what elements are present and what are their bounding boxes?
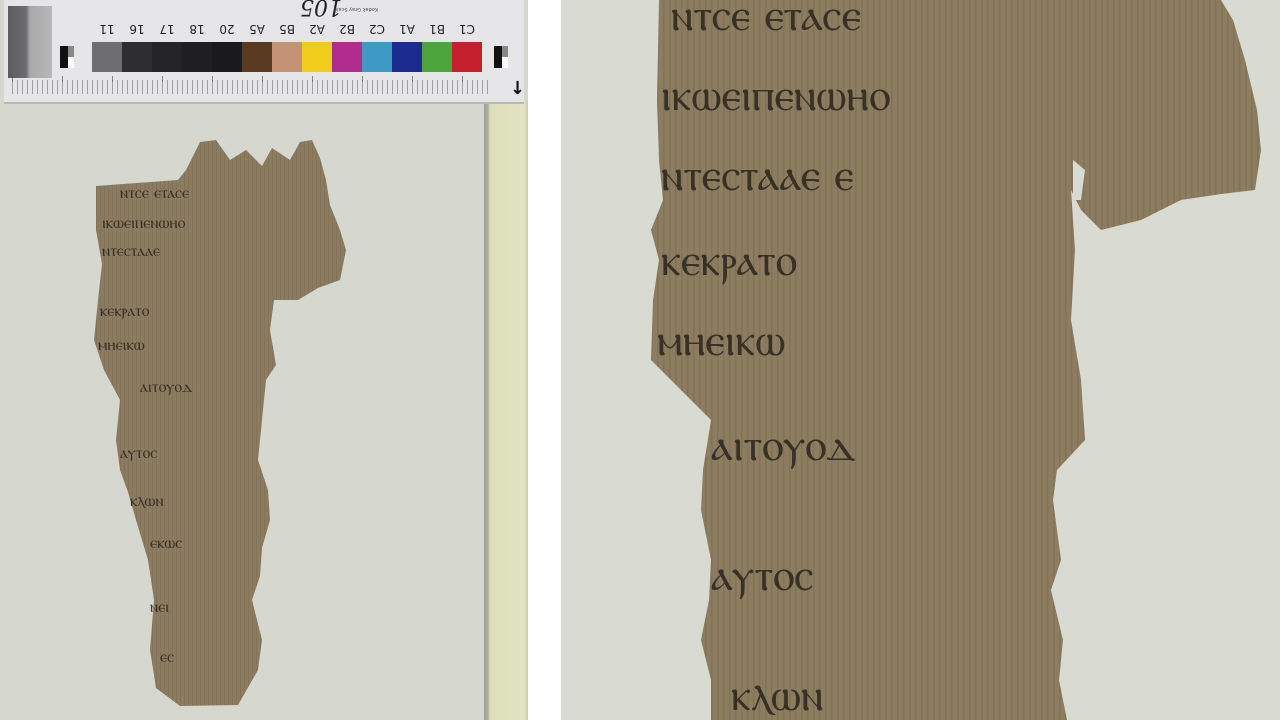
color-patch-a5 bbox=[242, 42, 272, 72]
color-patch-c1 bbox=[452, 42, 482, 72]
ruler bbox=[12, 80, 492, 94]
fragment-line: ⲛⲧⲥⲉ ⲉⲧⲁⲥⲉ bbox=[671, 0, 861, 41]
fragment-line: ⲁⲓⲧⲟⲩⲟⲇ bbox=[711, 420, 856, 471]
fragment-line: ⲉⲥ bbox=[160, 647, 174, 666]
patch-label: A2 bbox=[302, 22, 332, 36]
fragment-line: ⲙⲏⲉⲓⲕⲱ bbox=[98, 335, 145, 354]
card-fine-print: Kodak Gray Scale bbox=[334, 6, 378, 12]
fragment-line: ⲁⲩⲧⲟⲥ bbox=[711, 550, 813, 601]
patch-label: 20 bbox=[212, 22, 242, 36]
fragment-line: ⲙⲏⲉⲓⲕⲱ bbox=[657, 315, 785, 366]
patch-label: A5 bbox=[242, 22, 272, 36]
color-patch-c2 bbox=[362, 42, 392, 72]
patch-labels: 1116171820A5B5A2B2C2A1B1C1 bbox=[92, 22, 482, 36]
color-patches bbox=[92, 42, 482, 72]
patch-label: C1 bbox=[452, 22, 482, 36]
fragment-line: ⲕⲉⲕⲣⲁⲧⲟ bbox=[661, 235, 797, 286]
mini-gray-patch-left bbox=[60, 46, 74, 68]
patch-label: B1 bbox=[422, 22, 452, 36]
fragment-line: ⲕⲗⲱⲛ bbox=[130, 491, 164, 510]
fragment-line: ⲉⲕⲱⲥ bbox=[150, 533, 182, 552]
patch-label: C2 bbox=[362, 22, 392, 36]
gray-tab bbox=[8, 6, 52, 78]
patch-label: A1 bbox=[392, 22, 422, 36]
color-patch-a1 bbox=[392, 42, 422, 72]
right-closeup-panel: ⲛⲧⲥⲉ ⲉⲧⲁⲥⲉ ⲓⲕⲱⲉⲓⲡⲉⲛⲱⲏⲟ ⲛⲧⲉⲥⲧⲁⲁⲉ ⲉ ⲕⲉⲕⲣⲁⲧ… bbox=[561, 0, 1280, 720]
left-photo-panel: ⲛⲧⲥⲉ ⲉⲧⲁⲥⲉ ⲓⲕⲱⲉⲓⲡⲉⲛⲱⲏⲟ ⲛⲧⲉⲥⲧⲁⲁⲉ ⲕⲉⲕⲣⲁⲧⲟ … bbox=[0, 0, 528, 720]
fragment-line: ⲁⲓⲧⲟⲩⲟⲇ bbox=[140, 377, 193, 396]
fragment-line: ⲁⲩⲧⲟⲥ bbox=[120, 443, 157, 462]
patch-label: 11 bbox=[92, 22, 122, 36]
fragment-line: ⲕⲉⲕⲣⲁⲧⲟ bbox=[100, 301, 150, 320]
color-patch-a2 bbox=[302, 42, 332, 72]
color-calibration-card: 105 Kodak Gray Scale 1116171820A5B5A2B2C… bbox=[4, 0, 524, 104]
patch-label: 16 bbox=[122, 22, 152, 36]
color-patch-20 bbox=[212, 42, 242, 72]
fragment-line: ⲓⲕⲱⲉⲓⲡⲉⲛⲱⲏⲟ bbox=[661, 70, 890, 121]
fragment-line: ⲛⲧⲉⲥⲧⲁⲁⲉ bbox=[102, 241, 160, 260]
papyrus-fragment-closeup: ⲛⲧⲥⲉ ⲉⲧⲁⲥⲉ ⲓⲕⲱⲉⲓⲡⲉⲛⲱⲏⲟ ⲛⲧⲉⲥⲧⲁⲁⲉ ⲉ ⲕⲉⲕⲣⲁⲧ… bbox=[561, 0, 1280, 720]
color-patch-b5 bbox=[272, 42, 302, 72]
fragment-line: ⲓⲕⲱⲉⲓⲡⲉⲛⲱⲏⲟ bbox=[102, 213, 186, 232]
fragment-line: ⲛⲧⲉⲥⲧⲁⲁⲉ ⲉ bbox=[661, 150, 854, 201]
down-arrow-icon: ↓ bbox=[510, 78, 525, 99]
patch-label: 17 bbox=[152, 22, 182, 36]
color-patch-17 bbox=[152, 42, 182, 72]
color-patch-11 bbox=[92, 42, 122, 72]
mini-gray-patch-right bbox=[494, 46, 508, 68]
color-patch-16 bbox=[122, 42, 152, 72]
fragment-line: ⲛⲧⲥⲉ ⲉⲧⲁⲥⲉ bbox=[120, 183, 189, 202]
color-patch-b1 bbox=[422, 42, 452, 72]
color-patch-b2 bbox=[332, 42, 362, 72]
fragment-line: ⲛⲉⲓ bbox=[150, 597, 169, 616]
patch-label: 18 bbox=[182, 22, 212, 36]
papyrus-fragment-full: ⲛⲧⲥⲉ ⲉⲧⲁⲥⲉ ⲓⲕⲱⲉⲓⲡⲉⲛⲱⲏⲟ ⲛⲧⲉⲥⲧⲁⲁⲉ ⲕⲉⲕⲣⲁⲧⲟ … bbox=[0, 0, 528, 720]
color-patch-18 bbox=[182, 42, 212, 72]
patch-label: B2 bbox=[332, 22, 362, 36]
patch-label: B5 bbox=[272, 22, 302, 36]
fragment-line: ⲕⲗⲱⲛ bbox=[731, 670, 823, 720]
